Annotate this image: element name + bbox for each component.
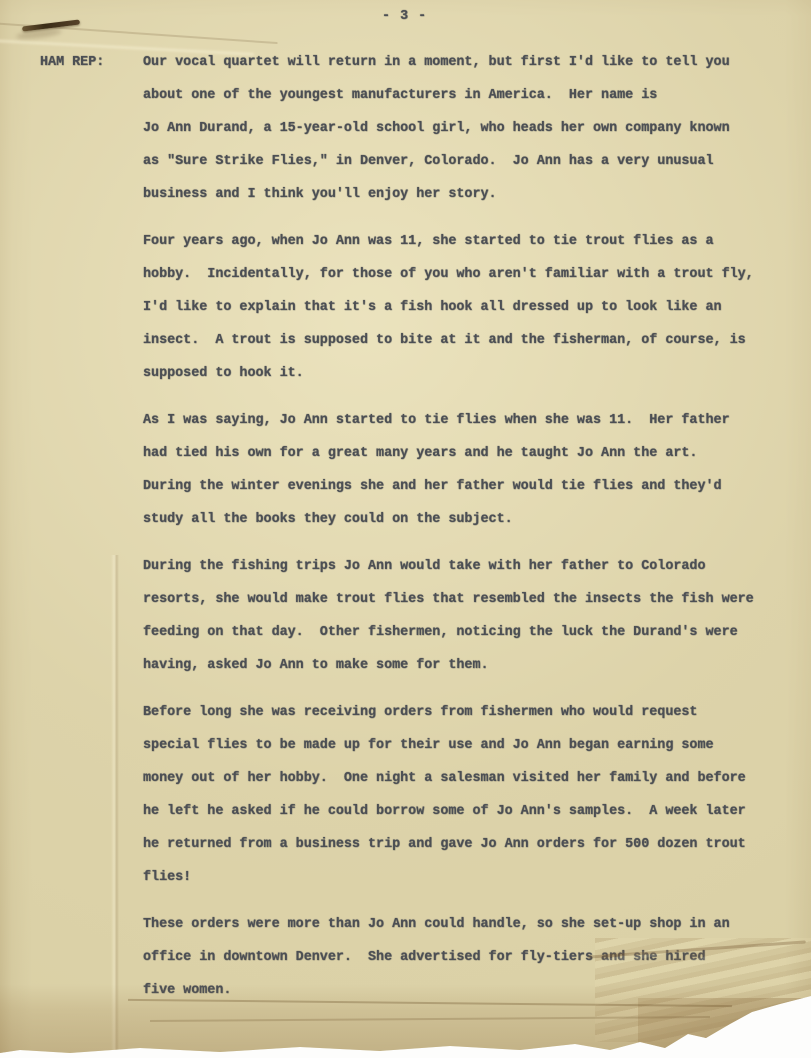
script-line: five women.	[143, 974, 803, 1007]
paper-crease-vertical	[111, 555, 119, 1058]
script-paragraph: As I was saying, Jo Ann started to tie f…	[143, 404, 803, 536]
script-line: special flies to be made up for their us…	[143, 729, 803, 762]
script-line: supposed to hook it.	[143, 357, 803, 390]
script-line: office in downtown Denver. She advertise…	[143, 941, 803, 974]
script-line: These orders were more than Jo Ann could…	[143, 908, 803, 941]
script-line: As I was saying, Jo Ann started to tie f…	[143, 404, 803, 437]
scanned-page-canvas: - 3 - HAM REP: Our vocal quartet will re…	[0, 0, 811, 1058]
script-line: Our vocal quartet will return in a momen…	[143, 46, 803, 79]
script-text: Our vocal quartet will return in a momen…	[143, 46, 803, 1021]
script-line: feeding on that day. Other fishermen, no…	[143, 616, 803, 649]
script-line: Jo Ann Durand, a 15-year-old school girl…	[143, 112, 803, 145]
script-line: I'd like to explain that it's a fish hoo…	[143, 291, 803, 324]
script-paragraph: Our vocal quartet will return in a momen…	[143, 46, 803, 211]
script-line: as "Sure Strike Flies," in Denver, Color…	[143, 145, 803, 178]
script-line: about one of the youngest manufacturers …	[143, 79, 803, 112]
script-line: he returned from a business trip and gav…	[143, 828, 803, 861]
script-line: Before long she was receiving orders fro…	[143, 696, 803, 729]
script-line: business and I think you'll enjoy her st…	[143, 178, 803, 211]
page-number: - 3 -	[382, 3, 427, 30]
script-line: having, asked Jo Ann to make some for th…	[143, 649, 803, 682]
script-line: had tied his own for a great many years …	[143, 437, 803, 470]
script-line: Four years ago, when Jo Ann was 11, she …	[143, 225, 803, 258]
script-line: resorts, she would make trout flies that…	[143, 583, 803, 616]
script-paragraph: Before long she was receiving orders fro…	[143, 696, 803, 894]
script-line: insect. A trout is supposed to bite at i…	[143, 324, 803, 357]
script-line: flies!	[143, 861, 803, 894]
script-line: study all the books they could on the su…	[143, 503, 803, 536]
script-paragraph: These orders were more than Jo Ann could…	[143, 908, 803, 1007]
script-line: During the fishing trips Jo Ann would ta…	[143, 550, 803, 583]
script-paragraph: Four years ago, when Jo Ann was 11, she …	[143, 225, 803, 390]
script-line: he left he asked if he could borrow some…	[143, 795, 803, 828]
script-paragraph: During the fishing trips Jo Ann would ta…	[143, 550, 803, 682]
document-page: - 3 - HAM REP: Our vocal quartet will re…	[0, 0, 811, 1058]
script-line: During the winter evenings she and her f…	[143, 470, 803, 503]
paper-crease-topleft	[0, 22, 278, 44]
staple	[22, 19, 80, 31]
script-line: money out of her hobby. One night a sale…	[143, 762, 803, 795]
script-line: hobby. Incidentally, for those of you wh…	[143, 258, 803, 291]
staple-shadow	[16, 27, 63, 41]
speaker-label: HAM REP:	[40, 46, 104, 79]
